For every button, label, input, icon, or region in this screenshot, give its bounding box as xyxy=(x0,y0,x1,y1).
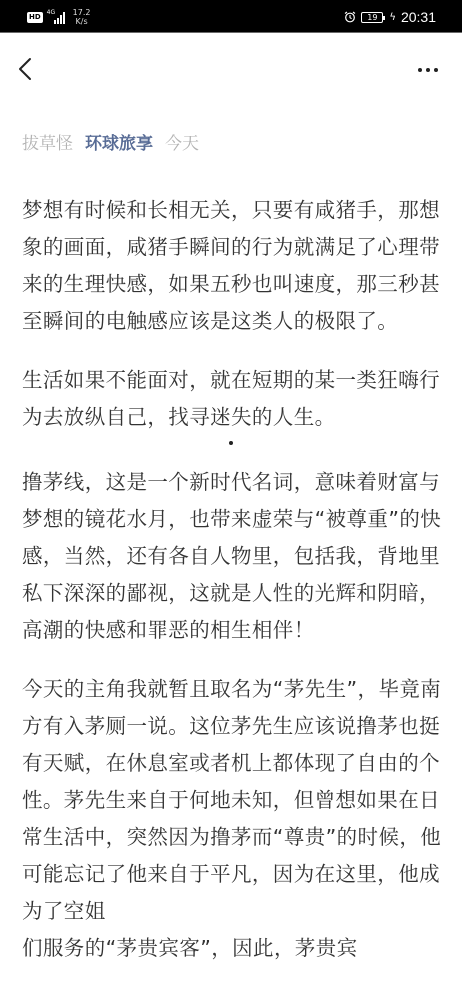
more-options-button[interactable] xyxy=(414,60,442,80)
article-paragraph-cut-off: 们服务的“茅贵宾客”，因此，茅贵宾 xyxy=(22,930,442,967)
status-right: 19 ϟ 20:31 xyxy=(344,7,436,27)
cellular-signal-icon: 4G xyxy=(47,10,67,24)
charging-bolt-icon: ϟ xyxy=(389,12,396,23)
article-paragraph: 生活如果不能面对，就在短期的某一类狂嗨行为去放纵自己，找寻迷失的人生。 xyxy=(22,362,442,436)
article-paragraph: 撸茅线，这是一个新时代名词，意味着财富与梦想的镜花水月，也带来虚荣与“被尊重”的… xyxy=(22,464,442,649)
status-bar: HD 4G 17.2 K/s 19 ϟ 20:31 xyxy=(0,0,462,33)
top-nav-bar xyxy=(0,34,462,108)
chevron-left-icon xyxy=(14,54,38,84)
article-paragraph: 今天的主角我就暂且取名为“茅先生”，毕竟南方有入茅厕一说。这位茅先生应该说撸茅也… xyxy=(22,671,442,930)
clock-time: 20:31 xyxy=(401,9,436,25)
battery-icon: 19 xyxy=(361,12,383,23)
dot-separator xyxy=(22,436,442,464)
network-speed: 17.2 K/s xyxy=(73,8,91,26)
article-category: 拔草怪 xyxy=(22,129,73,154)
hd-voice-icon: HD xyxy=(27,12,43,23)
article-body: 梦想有时候和长相无关，只要有咸猪手，那想象的画面，咸猪手瞬间的行为就满足了心理带… xyxy=(22,192,442,967)
alarm-clock-icon xyxy=(344,11,356,23)
article-paragraph: 梦想有时候和长相无关，只要有咸猪手，那想象的画面，咸猪手瞬间的行为就满足了心理带… xyxy=(22,192,442,340)
article-meta: 拔草怪 环球旅享 今天 xyxy=(22,127,199,155)
more-dots-icon xyxy=(418,68,422,72)
publish-time: 今天 xyxy=(165,129,199,154)
back-button[interactable] xyxy=(14,54,38,84)
account-name-link[interactable]: 环球旅享 xyxy=(85,129,153,154)
status-left: HD 4G 17.2 K/s xyxy=(27,6,90,28)
